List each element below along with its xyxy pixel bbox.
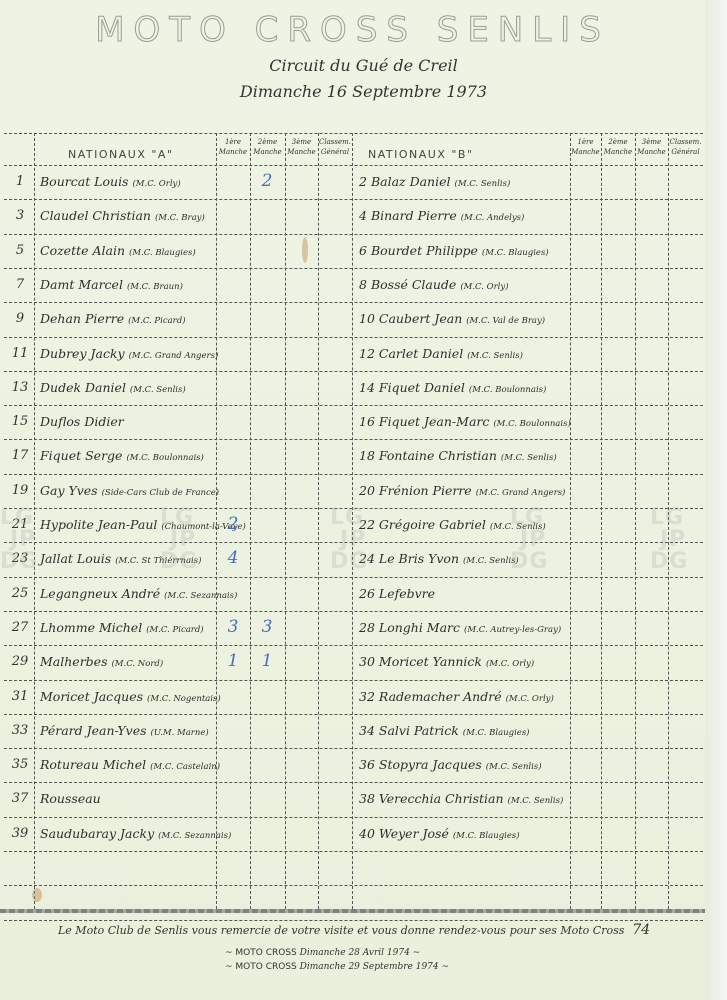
- rider-name: Gay Yves: [40, 483, 98, 498]
- rider-club: (M.C. Braun): [127, 282, 183, 292]
- rider-name: Saudubaray Jacky: [40, 826, 154, 841]
- rider-entry: 26 Lefebvre: [359, 586, 435, 601]
- rider-name: Rousseau: [40, 791, 101, 806]
- rider-entry: 34 Salvi Patrick (M.C. Blaugies): [359, 723, 530, 738]
- footer-event-2: ~ MOTO CROSS Dimanche 29 Septembre 1974 …: [225, 962, 449, 972]
- rider-name: Fontaine Christian: [379, 448, 497, 463]
- rider-number: 25: [5, 586, 35, 601]
- rider-entry: 32 Rademacher André (M.C. Orly): [359, 689, 554, 704]
- rider-number: 2: [359, 174, 367, 189]
- rider-name: Grégoire Gabriel: [379, 517, 486, 532]
- rider-entry: Saudubaray Jacky (M.C. Sezannais): [40, 826, 231, 841]
- rider-number: 32: [359, 689, 375, 704]
- rider-entry: Rousseau: [40, 791, 101, 806]
- grid-line: [4, 714, 703, 715]
- rider-number: 13: [5, 380, 35, 395]
- rider-entry: 8 Bossé Claude (M.C. Orly): [359, 277, 509, 292]
- grid-line: [4, 371, 703, 372]
- rider-club: (M.C. Grand Angers): [129, 351, 219, 361]
- rider-entry: Claudel Christian (M.C. Bray): [40, 208, 205, 223]
- race-result: 1: [252, 651, 282, 671]
- rider-entry: Duflos Didier: [40, 414, 124, 429]
- rider-entry: Pérard Jean-Yves (U.M. Marne): [40, 723, 209, 738]
- rider-name: Fiquet Daniel: [379, 380, 465, 395]
- race-result: 4: [218, 548, 248, 568]
- column-header: 3ème Manche: [285, 137, 318, 157]
- rider-number: 5: [5, 243, 35, 258]
- rider-club: (M.C. Blaugies): [453, 831, 520, 841]
- rider-club: (M.C. Nord): [111, 659, 163, 669]
- rider-number: 19: [5, 483, 35, 498]
- rider-number: 28: [359, 620, 375, 635]
- rider-number: 40: [359, 826, 375, 841]
- rider-name: Longhi Marc: [379, 620, 460, 635]
- rider-number: 6: [359, 243, 367, 258]
- grid-line: [4, 234, 703, 235]
- footer-message: Le Moto Club de Senlis vous remercie de …: [58, 922, 650, 938]
- rider-club: (U.M. Marne): [151, 728, 209, 738]
- grid-line: [635, 133, 636, 909]
- rider-entry: 6 Bourdet Philippe (M.C. Blaugies): [359, 243, 549, 258]
- rider-name: Moricet Jacques: [40, 689, 143, 704]
- rider-name: Verecchia Christian: [379, 791, 504, 806]
- rider-number: 37: [5, 791, 35, 806]
- rider-club: (M.C. Grand Angers): [476, 488, 566, 498]
- rider-entry: 18 Fontaine Christian (M.C. Senlis): [359, 448, 557, 463]
- paper-edge: [705, 0, 727, 1000]
- rider-club: (M.C. Boulonnais): [126, 453, 203, 463]
- rider-entry: 16 Fiquet Jean-Marc (M.C. Boulonnais): [359, 414, 571, 429]
- rider-name: Fiquet Jean-Marc: [379, 414, 489, 429]
- watermark-text: DG: [160, 549, 198, 574]
- table-bottom-rule: [0, 909, 705, 913]
- grid-line: [4, 748, 703, 749]
- footer-event-2-label: MOTO CROSS: [235, 962, 296, 972]
- rider-name: Binard Pierre: [371, 208, 457, 223]
- rider-name: Moricet Yannick: [379, 654, 482, 669]
- rider-entry: Hypolite Jean-Paul (Chaumont-la-Voye): [40, 517, 246, 532]
- grid-line: [4, 268, 703, 269]
- column-header: 2ème Manche: [601, 137, 635, 157]
- grid-line: [285, 133, 286, 909]
- rider-entry: 12 Carlet Daniel (M.C. Senlis): [359, 346, 523, 361]
- rider-name: Damt Marcel: [40, 277, 123, 292]
- rider-club: (M.C. Orly): [460, 282, 508, 292]
- rider-number: 4: [359, 208, 367, 223]
- rider-entry: Damt Marcel (M.C. Braun): [40, 277, 183, 292]
- grid-line: [4, 405, 703, 406]
- race-result: 3: [252, 617, 282, 637]
- footer-message-text: Le Moto Club de Senlis vous remercie de …: [58, 924, 624, 937]
- rider-entry: Rotureau Michel (M.C. Castelain): [40, 757, 220, 772]
- rider-number: 29: [5, 654, 35, 669]
- watermark-text: DG: [330, 549, 368, 574]
- watermark-text: DG: [650, 549, 688, 574]
- rider-number: 10: [359, 311, 375, 326]
- rider-entry: 38 Verecchia Christian (M.C. Senlis): [359, 791, 563, 806]
- grid-line: [4, 302, 703, 303]
- rider-name: Claudel Christian: [40, 208, 151, 223]
- group-a-heading: NATIONAUX "A": [68, 148, 174, 161]
- grid-line: [4, 817, 703, 818]
- footer-event-1-label: MOTO CROSS: [235, 948, 296, 958]
- race-result: 2: [252, 171, 282, 191]
- footer-event-1-date: Dimanche 28 Avril 1974: [300, 948, 410, 958]
- grid-line: [4, 577, 703, 578]
- rider-name: Pérard Jean-Yves: [40, 723, 147, 738]
- rider-number: 36: [359, 757, 375, 772]
- grid-line: [4, 645, 703, 646]
- rider-name: Bossé Claude: [371, 277, 456, 292]
- rider-club: (M.C. Boulonnais): [493, 419, 570, 429]
- rider-number: 30: [359, 654, 375, 669]
- column-header: 3ème Manche: [635, 137, 668, 157]
- rider-club: (M.C. Senlis): [467, 351, 523, 361]
- rider-number: 12: [359, 346, 375, 361]
- group-b-heading: NATIONAUX "B": [368, 148, 474, 161]
- grid-line: [4, 611, 703, 612]
- rider-entry: 20 Frénion Pierre (M.C. Grand Angers): [359, 483, 565, 498]
- rider-entry: Moricet Jacques (M.C. Nogentais): [40, 689, 221, 704]
- rider-name: Duflos Didier: [40, 414, 124, 429]
- grid-line: [4, 680, 703, 681]
- rider-club: (M.C. Orly): [132, 179, 180, 189]
- rider-number: 8: [359, 277, 367, 292]
- rider-name: Rotureau Michel: [40, 757, 146, 772]
- rider-club: (M.C. Orly): [506, 694, 554, 704]
- rider-number: 18: [359, 448, 375, 463]
- rider-entry: Cozette Alain (M.C. Blaugies): [40, 243, 196, 258]
- rider-club: (M.C. Sezannais): [158, 831, 231, 841]
- rider-name: Le Bris Yvon: [379, 551, 459, 566]
- rider-name: Malherbes: [40, 654, 108, 669]
- rider-name: Hypolite Jean-Paul: [40, 517, 157, 532]
- rider-name: Rademacher André: [379, 689, 502, 704]
- rider-name: Frénion Pierre: [379, 483, 472, 498]
- rider-number: 31: [5, 689, 35, 704]
- rider-number: 38: [359, 791, 375, 806]
- rider-entry: Bourcat Louis (M.C. Orly): [40, 174, 181, 189]
- rider-entry: 4 Binard Pierre (M.C. Andelys): [359, 208, 524, 223]
- rider-entry: 24 Le Bris Yvon (M.C. Senlis): [359, 551, 519, 566]
- rider-number: 33: [5, 723, 35, 738]
- rider-name: Dubrey Jacky: [40, 346, 125, 361]
- race-result: 1: [218, 651, 248, 671]
- grid-line: [4, 165, 703, 166]
- rider-club: (M.C. Picard): [146, 625, 203, 635]
- rider-entry: Legangneux André (M.C. Sezannais): [40, 586, 237, 601]
- rider-name: Lhomme Michel: [40, 620, 142, 635]
- rider-entry: 36 Stopyra Jacques (M.C. Senlis): [359, 757, 542, 772]
- footer-year: 74: [632, 922, 650, 938]
- rider-number: 34: [359, 723, 375, 738]
- rider-name: Cozette Alain: [40, 243, 125, 258]
- column-header: Classem. Général: [668, 137, 703, 157]
- rider-entry: Dudek Daniel (M.C. Senlis): [40, 380, 186, 395]
- rider-number: 39: [5, 826, 35, 841]
- grid-line: [570, 133, 571, 909]
- rider-entry: Dubrey Jacky (M.C. Grand Angers): [40, 346, 218, 361]
- rider-number: 26: [359, 586, 375, 601]
- rider-club: (M.C. Picard): [128, 316, 185, 326]
- rider-entry: Fiquet Serge (M.C. Boulonnais): [40, 448, 204, 463]
- rider-club: (M.C. Andelys): [461, 213, 525, 223]
- rider-club: (Side-Cars Club de France): [102, 488, 220, 498]
- rider-club: (M.C. Blaugies): [129, 248, 196, 258]
- rider-name: Dudek Daniel: [40, 380, 126, 395]
- watermark-text: DG: [0, 549, 38, 574]
- rider-number: 1: [5, 174, 35, 189]
- rider-name: Balaz Daniel: [371, 174, 451, 189]
- race-result: 2: [218, 514, 248, 534]
- rider-name: Legangneux André: [40, 586, 160, 601]
- grid-line: [4, 782, 703, 783]
- grid-line: [4, 885, 703, 886]
- rider-number: 3: [5, 208, 35, 223]
- rider-entry: 30 Moricet Yannick (M.C. Orly): [359, 654, 534, 669]
- grid-line: [250, 133, 251, 909]
- rider-entry: 40 Weyer José (M.C. Blaugies): [359, 826, 520, 841]
- rider-number: 14: [359, 380, 375, 395]
- rider-name: Jallat Louis: [40, 551, 111, 566]
- rider-number: 7: [5, 277, 35, 292]
- column-header: Classem. Général: [318, 137, 352, 157]
- rider-club: (M.C. Orly): [486, 659, 534, 669]
- race-result: 3: [218, 617, 248, 637]
- rider-name: Bourcat Louis: [40, 174, 128, 189]
- grid-line: [4, 439, 703, 440]
- rider-entry: 14 Fiquet Daniel (M.C. Boulonnais): [359, 380, 546, 395]
- rider-name: Carlet Daniel: [379, 346, 463, 361]
- rider-entry: Dehan Pierre (M.C. Picard): [40, 311, 186, 326]
- footer-event-1: ~ MOTO CROSS Dimanche 28 Avril 1974 ~: [225, 948, 420, 958]
- rider-club: (M.C. Bray): [155, 213, 205, 223]
- rider-club: (M.C. Senlis): [501, 453, 557, 463]
- rider-club: (M.C. Blaugies): [463, 728, 530, 738]
- rider-club: (M.C. Sezannais): [164, 591, 237, 601]
- grid-line: [4, 199, 703, 200]
- rider-name: Fiquet Serge: [40, 448, 122, 463]
- rider-name: Lefebvre: [379, 586, 435, 601]
- column-header: 1ère Manche: [570, 137, 601, 157]
- rider-club: (M.C. Senlis): [508, 796, 564, 806]
- rider-name: Caubert Jean: [379, 311, 462, 326]
- rider-name: Stopyra Jacques: [379, 757, 482, 772]
- rider-entry: Gay Yves (Side-Cars Club de France): [40, 483, 219, 498]
- footer-event-2-date: Dimanche 29 Septembre 1974: [300, 962, 439, 972]
- rider-number: 27: [5, 620, 35, 635]
- rider-club: (M.C. Senlis): [130, 385, 186, 395]
- rider-entry: Lhomme Michel (M.C. Picard): [40, 620, 204, 635]
- grid-line: [4, 920, 703, 921]
- column-header: 2ème Manche: [250, 137, 285, 157]
- rider-number: 17: [5, 448, 35, 463]
- rider-club: (M.C. Blaugies): [482, 248, 549, 258]
- rider-club: (M.C. Senlis): [486, 762, 542, 772]
- grid-line: [4, 474, 703, 475]
- rider-number: 11: [5, 346, 35, 361]
- rider-name: Salvi Patrick: [379, 723, 459, 738]
- rider-number: 9: [5, 311, 35, 326]
- rider-club: (M.C. Nogentais): [147, 694, 221, 704]
- rider-name: Weyer José: [379, 826, 449, 841]
- grid-line: [318, 133, 319, 909]
- rider-number: 16: [359, 414, 375, 429]
- rider-number: 20: [359, 483, 375, 498]
- rider-entry: Malherbes (M.C. Nord): [40, 654, 163, 669]
- rider-number: 35: [5, 757, 35, 772]
- watermark-text: DG: [510, 549, 548, 574]
- column-header: 1ère Manche: [216, 137, 250, 157]
- rider-entry: 2 Balaz Daniel (M.C. Senlis): [359, 174, 510, 189]
- rider-name: Dehan Pierre: [40, 311, 124, 326]
- grid-line: [4, 337, 703, 338]
- rider-club: (M.C. Boulonnais): [469, 385, 546, 395]
- stain: [302, 237, 308, 263]
- rider-club: (M.C. Autrey-les-Gray): [464, 625, 561, 635]
- stain: [32, 888, 42, 902]
- rider-name: Bourdet Philippe: [371, 243, 478, 258]
- grid-line: [4, 851, 703, 852]
- grid-line: [601, 133, 602, 909]
- rider-club: (M.C. Senlis): [455, 179, 511, 189]
- rider-club: (M.C. Val de Bray): [466, 316, 545, 326]
- rider-club: (M.C. Castelain): [150, 762, 220, 772]
- rider-entry: 10 Caubert Jean (M.C. Val de Bray): [359, 311, 545, 326]
- grid-line: [4, 133, 703, 134]
- rider-entry: 28 Longhi Marc (M.C. Autrey-les-Gray): [359, 620, 561, 635]
- rider-number: 15: [5, 414, 35, 429]
